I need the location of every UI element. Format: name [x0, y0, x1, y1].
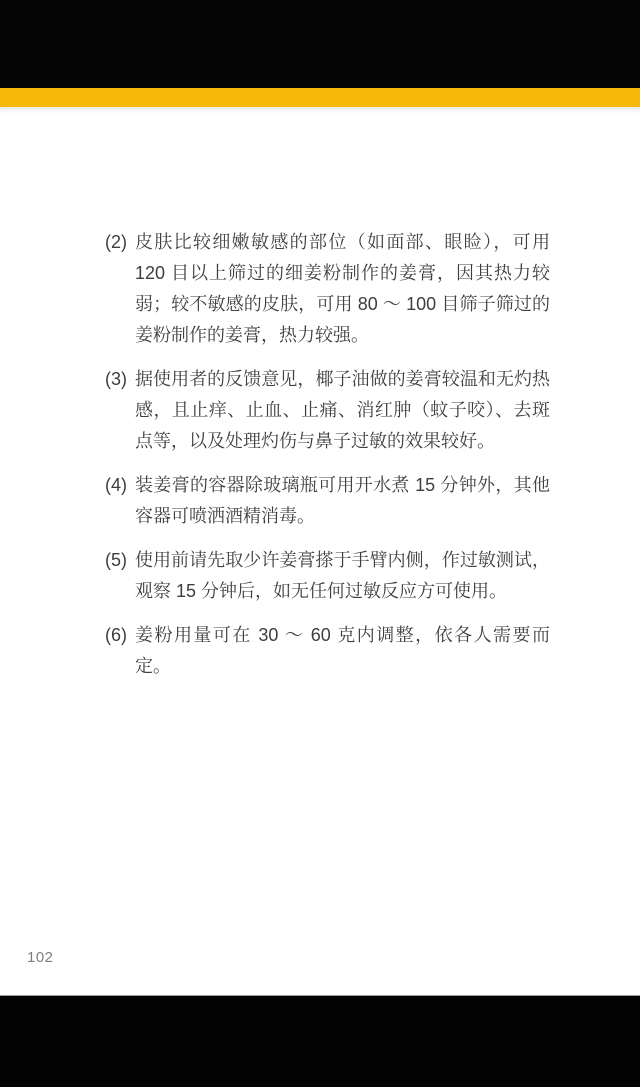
list-item: (5) 使用前请先取少许姜膏搽于手臂内侧，作过敏测试，观察 15 分钟后，如无任…	[105, 545, 550, 607]
list-item-text: 据使用者的反馈意见，椰子油做的姜膏较温和无灼热感，且止痒、止血、止痛、消红肿（蚊…	[135, 364, 550, 457]
top-letterbox-bar	[0, 0, 640, 88]
list-item-number: (4)	[105, 470, 135, 501]
page-text-block: (2) 皮肤比较细嫩敏感的部位（如面部、眼睑），可用 120 目以上筛过的细姜粉…	[105, 227, 550, 695]
list-item: (6) 姜粉用量可在 30 ～ 60 克内调整，依各人需要而定。	[105, 620, 550, 682]
list-item-number: (2)	[105, 227, 135, 258]
list-item: (3) 据使用者的反馈意见，椰子油做的姜膏较温和无灼热感，且止痒、止血、止痛、消…	[105, 364, 550, 457]
list-item-text: 装姜膏的容器除玻璃瓶可用开水煮 15 分钟外，其他容器可喷洒酒精消毒。	[135, 470, 550, 532]
bottom-letterbox-bar	[0, 995, 640, 1087]
ebook-reader-screen: (2) 皮肤比较细嫩敏感的部位（如面部、眼睑），可用 120 目以上筛过的细姜粉…	[0, 0, 640, 1087]
list-item: (4) 装姜膏的容器除玻璃瓶可用开水煮 15 分钟外，其他容器可喷洒酒精消毒。	[105, 470, 550, 532]
list-item-text: 使用前请先取少许姜膏搽于手臂内侧，作过敏测试，观察 15 分钟后，如无任何过敏反…	[135, 545, 550, 607]
list-item-number: (3)	[105, 364, 135, 395]
list-item-text: 皮肤比较细嫩敏感的部位（如面部、眼睑），可用 120 目以上筛过的细姜粉制作的姜…	[135, 227, 550, 351]
yellow-accent-bar	[0, 88, 640, 107]
list-item-number: (6)	[105, 620, 135, 651]
list-item: (2) 皮肤比较细嫩敏感的部位（如面部、眼睑），可用 120 目以上筛过的细姜粉…	[105, 227, 550, 351]
book-page[interactable]: (2) 皮肤比较细嫩敏感的部位（如面部、眼睑），可用 120 目以上筛过的细姜粉…	[0, 107, 640, 995]
list-item-text: 姜粉用量可在 30 ～ 60 克内调整，依各人需要而定。	[135, 620, 550, 682]
list-item-number: (5)	[105, 545, 135, 576]
page-number: 102	[27, 949, 54, 966]
